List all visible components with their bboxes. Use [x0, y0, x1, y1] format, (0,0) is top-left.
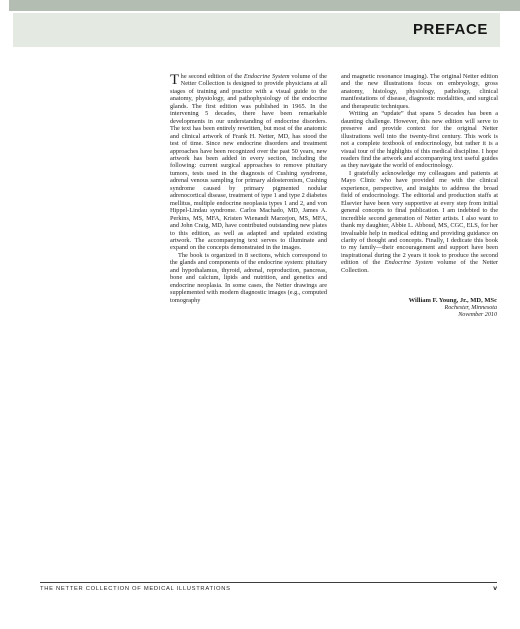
preface-header-band: PREFACE [13, 13, 500, 47]
body-text: I gratefully acknowledge my colleagues a… [341, 170, 498, 266]
footer-divider [40, 582, 497, 583]
right-text-column: and magnetic resonance imaging). The ori… [341, 73, 498, 304]
body-text: The book is organized in 8 sections, whi… [170, 252, 327, 304]
body-text: he second edition of the [181, 73, 244, 80]
top-accent-bar [9, 0, 520, 11]
paragraph: The book is organized in 8 sections, whi… [170, 252, 327, 304]
author-location: Rochester, Minnesota [409, 305, 497, 313]
author-name: William F. Young, Jr., MD, MSc [409, 297, 497, 305]
italic-text: Endocrine System [244, 73, 290, 80]
preface-text-block: The second edition of the Endocrine Syst… [170, 73, 498, 304]
paragraph: I gratefully acknowledge my colleagues a… [341, 170, 498, 274]
page-number: v [493, 585, 497, 592]
paragraph: and magnetic resonance imaging). The ori… [341, 73, 498, 110]
body-text: volume of the Netter Collection is desig… [170, 73, 327, 251]
left-text-column: The second edition of the Endocrine Syst… [170, 73, 327, 304]
drop-cap: T [170, 74, 181, 87]
book-page: PREFACE The second edition of the Endocr… [0, 0, 520, 629]
page-title: PREFACE [413, 13, 488, 47]
publication-date: November 2010 [409, 312, 497, 320]
body-text: and magnetic resonance imaging). The ori… [341, 73, 498, 110]
italic-text: Endocrine System [385, 259, 433, 266]
series-title: THE NETTER COLLECTION OF MEDICAL ILLUSTR… [40, 586, 231, 592]
paragraph: The second edition of the Endocrine Syst… [170, 73, 327, 252]
body-text: Writing an “update” that spans 5 decades… [341, 110, 498, 169]
paragraph: Writing an “update” that spans 5 decades… [341, 110, 498, 170]
signature-block: William F. Young, Jr., MD, MSc Rochester… [409, 297, 497, 320]
